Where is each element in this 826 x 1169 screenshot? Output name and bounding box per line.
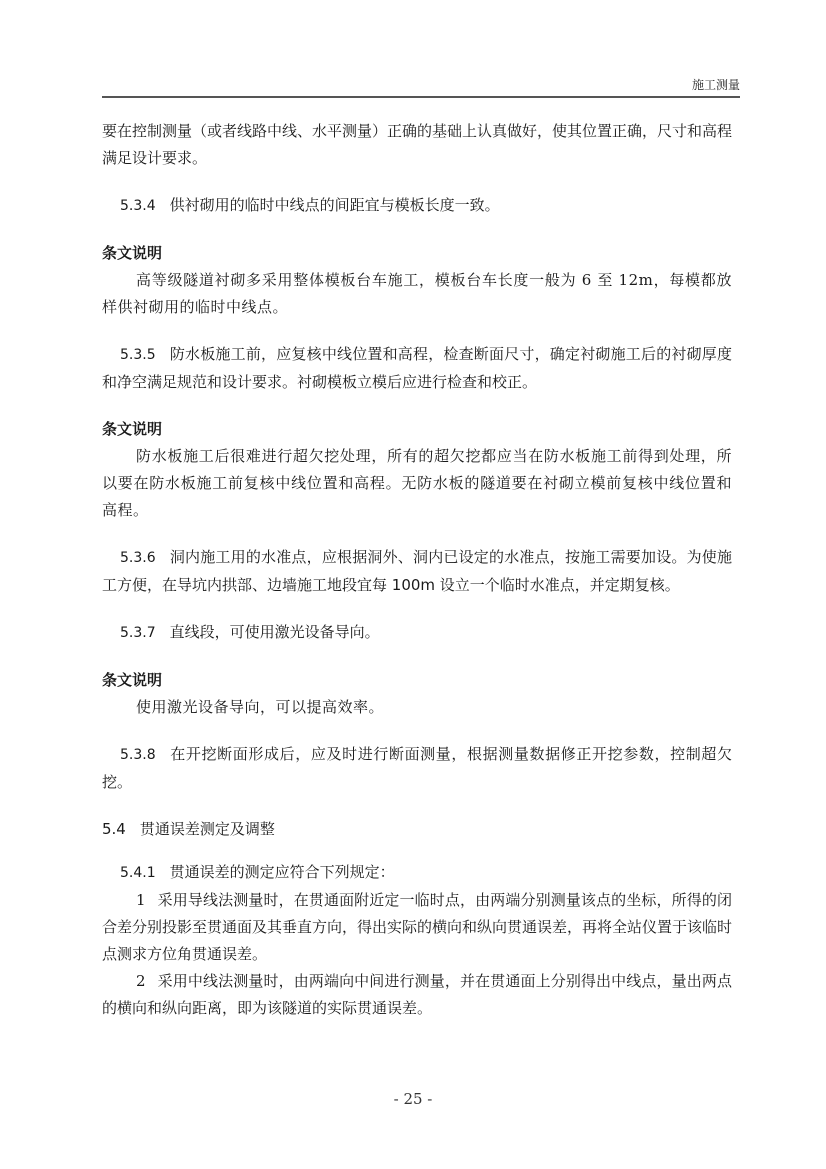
explanation-heading: 条文说明 <box>102 667 732 694</box>
running-header: 施工测量 <box>102 76 740 98</box>
clause-number: 5.4.1 <box>102 860 170 887</box>
item-text: 采用中线法测量时，由两端向中间进行测量，并在贯通面上分别得出中线点，量出两点的横… <box>102 972 732 1017</box>
list-item-1: 1采用导线法测量时，在贯通面附近定一临时点，由两端分别测量该点的坐标，所得的闭合… <box>102 887 732 968</box>
clause-5-3-6: 5.3.6洞内施工用的水准点，应根据洞外、洞内已设定的水准点，按施工需要加设。为… <box>102 544 732 599</box>
spacer <box>102 796 732 816</box>
explanation-text: 高等级隧道衬砌多采用整体模板台车施工，模板台车长度一般为 6 至 12m，每模都… <box>102 267 732 321</box>
clause-5-3-7: 5.3.7直线段，可使用激光设备导向。 <box>102 619 732 647</box>
clause-text: 防水板施工前，应复核中线位置和高程，检查断面尺寸，确定衬砌施工后的衬砌厚度和净空… <box>102 345 732 391</box>
explanation-text: 防水板施工后很难进行超欠挖处理，所有的超欠挖都应当在防水板施工前得到处理，所以要… <box>102 443 732 524</box>
clause-5-3-5: 5.3.5防水板施工前，应复核中线位置和高程，检查断面尺寸，确定衬砌施工后的衬砌… <box>102 341 732 396</box>
spacer <box>102 647 732 667</box>
section-heading-5-4: 5.4贯通误差测定及调整 <box>102 816 732 843</box>
spacer <box>102 599 732 619</box>
clause-5-3-4: 5.3.4供衬砌用的临时中线点的间距宜与模板长度一致。 <box>102 192 732 220</box>
clause-number: 5.3.4 <box>102 193 170 220</box>
clause-text: 贯通误差的测定应符合下列规定： <box>170 863 395 881</box>
spacer <box>102 220 732 240</box>
clause-5-4-1: 5.4.1贯通误差的测定应符合下列规定： <box>102 859 732 887</box>
spacer <box>102 396 732 416</box>
spacer <box>102 321 732 341</box>
page-content: 要在控制测量（或者线路中线、水平测量）正确的基础上认真做好，使其位置正确，尺寸和… <box>102 118 732 1022</box>
spacer <box>102 172 732 192</box>
intro-paragraph: 要在控制测量（或者线路中线、水平测量）正确的基础上认真做好，使其位置正确，尺寸和… <box>102 118 732 172</box>
explanation-text: 使用激光设备导向，可以提高效率。 <box>102 694 732 721</box>
clause-number: 5.3.5 <box>102 342 170 369</box>
spacer <box>102 721 732 741</box>
clause-number: 5.3.7 <box>102 620 170 647</box>
section-title: 贯通误差测定及调整 <box>140 820 275 838</box>
clause-text: 洞内施工用的水准点，应根据洞外、洞内已设定的水准点，按施工需要加设。为使施工方便… <box>102 548 732 594</box>
explanation-heading: 条文说明 <box>102 416 732 443</box>
running-header-title: 施工测量 <box>692 76 740 93</box>
clause-text: 在开挖断面形成后，应及时进行断面测量，根据测量数据修正开挖参数，控制超欠挖。 <box>102 745 732 791</box>
explanation-heading: 条文说明 <box>102 240 732 267</box>
section-number: 5.4 <box>102 820 140 838</box>
clause-text: 直线段，可使用激光设备导向。 <box>170 623 380 641</box>
clause-text: 供衬砌用的临时中线点的间距宜与模板长度一致。 <box>170 196 500 214</box>
clause-number: 5.3.6 <box>102 545 170 572</box>
spacer <box>102 843 732 859</box>
document-page: 施工测量 要在控制测量（或者线路中线、水平测量）正确的基础上认真做好，使其位置正… <box>0 0 826 1169</box>
item-text: 采用导线法测量时，在贯通面附近定一临时点，由两端分别测量该点的坐标，所得的闭合差… <box>102 891 732 963</box>
item-number: 1 <box>136 891 158 909</box>
item-number: 2 <box>136 972 158 990</box>
clause-number: 5.3.8 <box>102 742 170 769</box>
spacer <box>102 524 732 544</box>
page-number: - 25 - <box>0 1090 826 1108</box>
list-item-2: 2采用中线法测量时，由两端向中间进行测量，并在贯通面上分别得出中线点，量出两点的… <box>102 968 732 1022</box>
clause-5-3-8: 5.3.8在开挖断面形成后，应及时进行断面测量，根据测量数据修正开挖参数，控制超… <box>102 741 732 796</box>
